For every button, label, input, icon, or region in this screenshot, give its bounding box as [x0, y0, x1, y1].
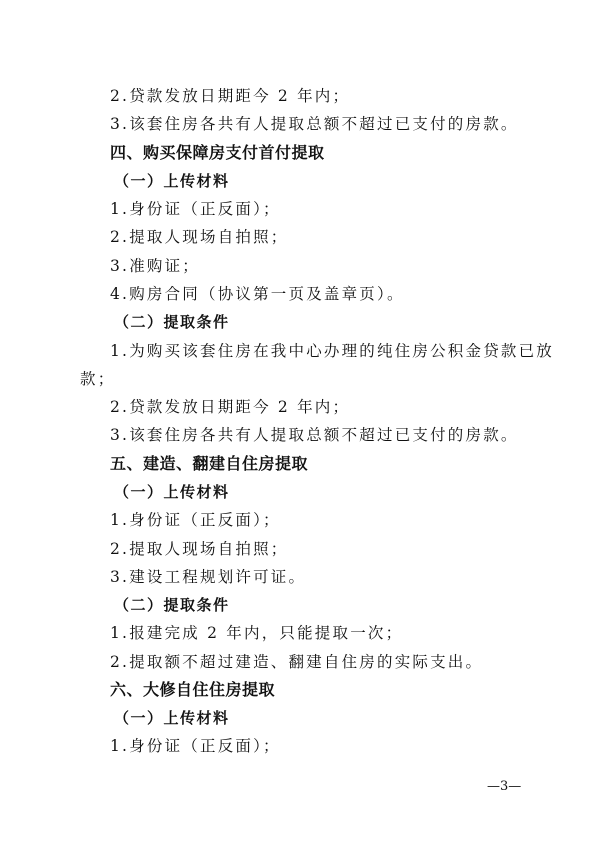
list-item: 2.提取人现场自拍照；: [110, 227, 289, 247]
list-item: 3.准购证；: [110, 256, 200, 276]
page-number: —3—: [487, 779, 521, 794]
list-item: 1.身份证（正反面）；: [110, 199, 281, 219]
list-item: 2.贷款发放日期距今 2 年内；: [110, 397, 350, 417]
subsection-heading: （一）上传材料: [114, 708, 230, 728]
list-item: 1.身份证（正反面）；: [110, 510, 281, 530]
list-item-continuation: 款；: [80, 369, 115, 389]
section-heading: 五、建造、翻建自住房提取: [110, 454, 308, 474]
list-item: 1.身份证（正反面）；: [110, 736, 281, 756]
list-item: 3.建设工程规划许可证。: [110, 567, 306, 587]
list-item: 2.提取额不超过建造、翻建自住房的实际支出。: [110, 652, 483, 672]
subsection-heading: （二）提取条件: [114, 595, 230, 615]
list-item: 3.该套住房各共有人提取总额不超过已支付的房款。: [110, 425, 519, 445]
list-item: 4.购房合同（协议第一页及盖章页）。: [110, 284, 405, 304]
document-page: 2.贷款发放日期距今 2 年内； 3.该套住房各共有人提取总额不超过已支付的房款…: [0, 0, 600, 849]
subsection-heading: （一）上传材料: [114, 171, 230, 191]
section-heading: 六、大修自住住房提取: [110, 680, 275, 700]
subsection-heading: （一）上传材料: [114, 482, 230, 502]
subsection-heading: （二）提取条件: [114, 312, 230, 332]
list-item: 3.该套住房各共有人提取总额不超过已支付的房款。: [110, 114, 519, 134]
list-item: 1.报建完成 2 年内，只能提取一次；: [110, 623, 403, 643]
list-item: 1.为购买该套住房在我中心办理的纯住房公积金贷款已放: [110, 341, 554, 361]
list-item: 2.贷款发放日期距今 2 年内；: [110, 86, 350, 106]
list-item: 2.提取人现场自拍照；: [110, 539, 289, 559]
section-heading: 四、购买保障房支付首付提取: [110, 143, 325, 163]
